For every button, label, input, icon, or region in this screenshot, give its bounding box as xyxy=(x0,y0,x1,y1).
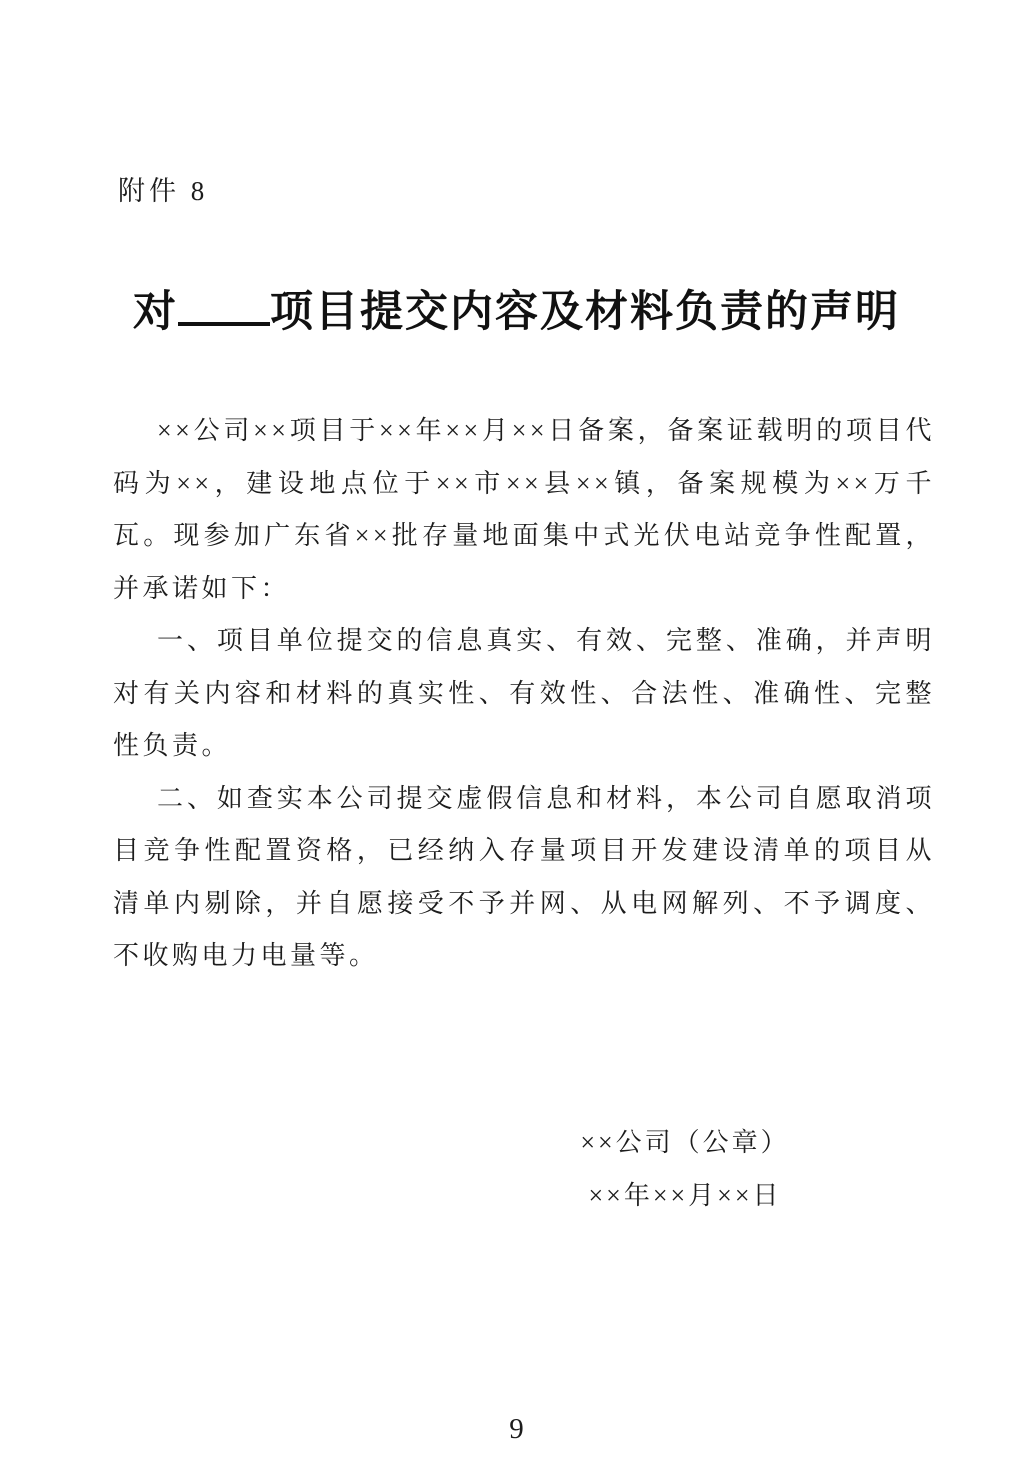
signature-date: ××年××月××日 xyxy=(370,1169,1000,1222)
document-title: 对项目提交内容及材料负责的声明 xyxy=(0,278,1033,339)
document-body: ××公司××项目于××年××月××日备案，备案证载明的项目代码为××，建设地点位… xyxy=(113,405,935,983)
paragraph-item-2: 二、如查实本公司提交虚假信息和材料，本公司自愿取消项目竞争性配置资格，已经纳入存… xyxy=(113,773,935,983)
signature-company: ××公司（公章） xyxy=(370,1116,1000,1169)
title-blank-underline xyxy=(178,285,270,326)
title-suffix: 项目提交内容及材料负责的声明 xyxy=(270,289,900,336)
signature-block: ××公司（公章） ××年××月××日 xyxy=(370,1116,1000,1222)
paragraph-intro: ××公司××项目于××年××月××日备案，备案证载明的项目代码为××，建设地点位… xyxy=(113,405,935,615)
document-page: 附件 8 对项目提交内容及材料负责的声明 ××公司××项目于××年××月××日备… xyxy=(0,0,1033,1461)
title-prefix: 对 xyxy=(133,289,178,336)
paragraph-item-1: 一、项目单位提交的信息真实、有效、完整、准确，并声明对有关内容和材料的真实性、有… xyxy=(113,615,935,773)
page-number: 9 xyxy=(0,1413,1033,1446)
attachment-label: 附件 8 xyxy=(118,174,208,208)
